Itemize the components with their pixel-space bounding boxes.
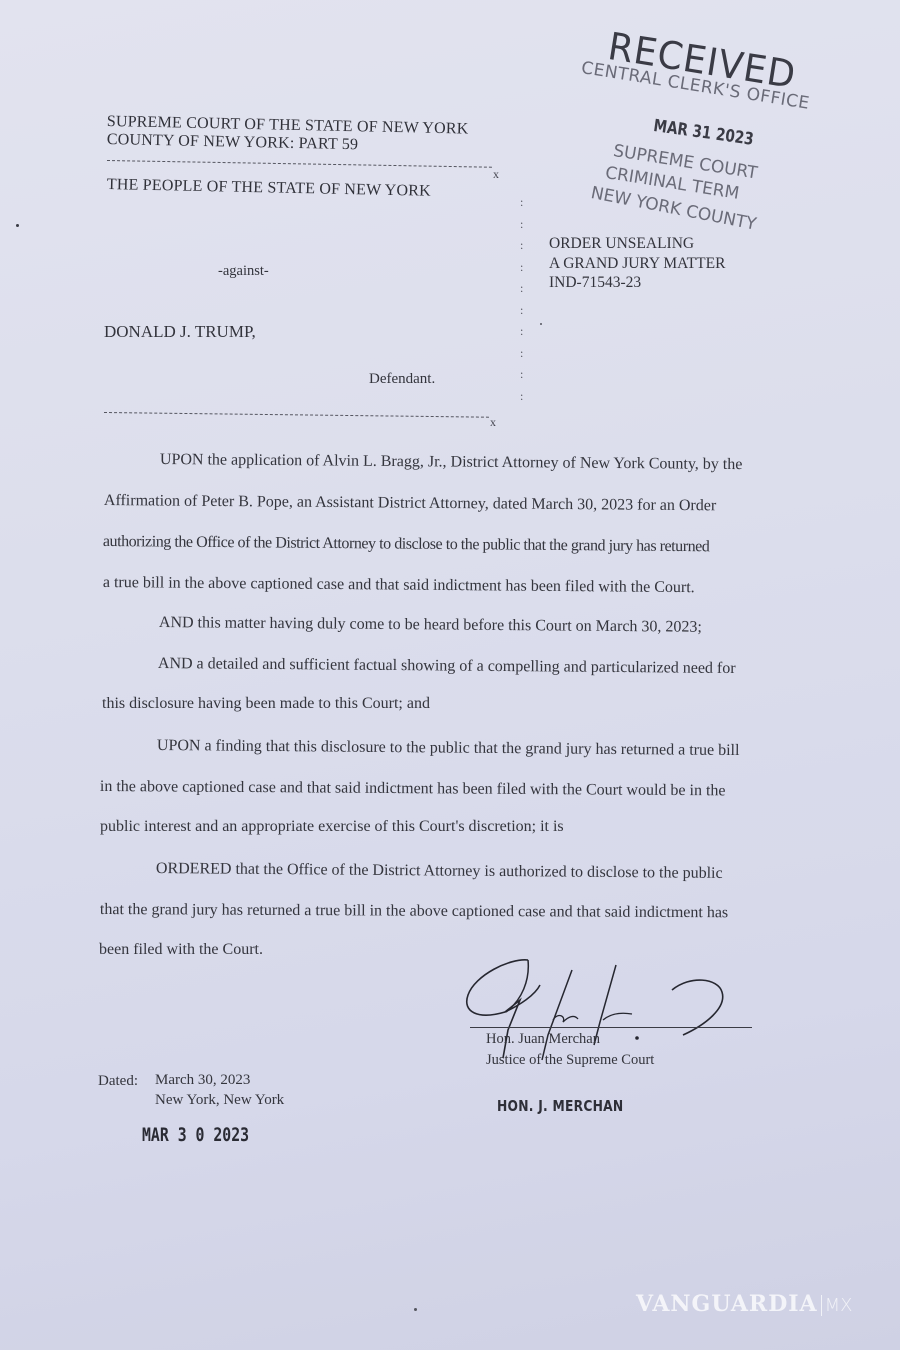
dated-date: March 30, 2023	[155, 1072, 250, 1089]
received-stamp-date: MAR 31 2023	[652, 116, 755, 150]
document-title-line-2: A GRAND JURY MATTER	[549, 255, 725, 273]
paragraph-1-line-2: Affirmation of Peter B. Pope, an Assista…	[104, 492, 716, 515]
caption-divider-top	[107, 160, 492, 168]
judge-name-stamp: HON. J. MERCHAN	[497, 1097, 623, 1115]
paragraph-5-line-1: ORDERED that the Office of the District …	[156, 860, 723, 883]
against-label: -against-	[218, 263, 269, 280]
paragraph-3-line-2: this disclosure having been made to this…	[102, 695, 430, 713]
document-title-line-1: ORDER UNSEALING	[549, 235, 694, 253]
watermark-brand: VANGUARDIA	[636, 1291, 818, 1317]
filed-date-stamp: MAR 3 0 2023	[142, 1124, 249, 1146]
stray-dot	[540, 323, 542, 325]
plaintiff-name: THE PEOPLE OF THE STATE OF NEW YORK	[107, 176, 431, 201]
dated-label: Dated:	[98, 1073, 138, 1090]
dated-place: New York, New York	[155, 1092, 284, 1109]
paragraph-5-line-3: been filed with the Court.	[99, 941, 263, 959]
paragraph-4-line-2: in the above captioned case and that sai…	[100, 778, 726, 800]
stray-dot	[414, 1308, 417, 1311]
judge-name: Hon. Juan Merchan	[486, 1031, 600, 1048]
caption-x-bottom: x	[490, 415, 496, 430]
signature-line	[470, 1027, 752, 1028]
paragraph-1-line-3: authorizing the Office of the District A…	[103, 533, 710, 556]
defendant-label: Defendant.	[369, 371, 435, 388]
caption-colon-column: ::: ::: ::: :	[520, 192, 528, 407]
paragraph-1-line-4: a true bill in the above captioned case …	[103, 574, 695, 597]
paragraph-4-line-1: UPON a finding that this disclosure to t…	[157, 737, 740, 760]
paragraph-2-line-1: AND this matter having duly come to be h…	[159, 614, 702, 637]
caption-x-top: x	[493, 167, 499, 182]
paragraph-1-line-1: UPON the application of Alvin L. Bragg, …	[160, 451, 743, 474]
paragraph-4-line-3: public interest and an appropriate exerc…	[100, 818, 564, 836]
paragraph-5-line-2: that the grand jury has returned a true …	[100, 901, 728, 922]
judge-title: Justice of the Supreme Court	[486, 1052, 654, 1069]
vanguardia-watermark: VANGUARDIAMX	[636, 1291, 853, 1317]
index-number: IND-71543-23	[549, 274, 641, 292]
paragraph-3-line-1: AND a detailed and sufficient factual sh…	[158, 655, 736, 678]
stray-dot	[16, 224, 19, 227]
court-name-line-2: COUNTY OF NEW YORK: PART 59	[107, 131, 359, 154]
defendant-name: DONALD J. TRUMP,	[104, 322, 256, 342]
caption-divider-bottom	[104, 412, 489, 418]
watermark-suffix: MX	[821, 1295, 853, 1316]
